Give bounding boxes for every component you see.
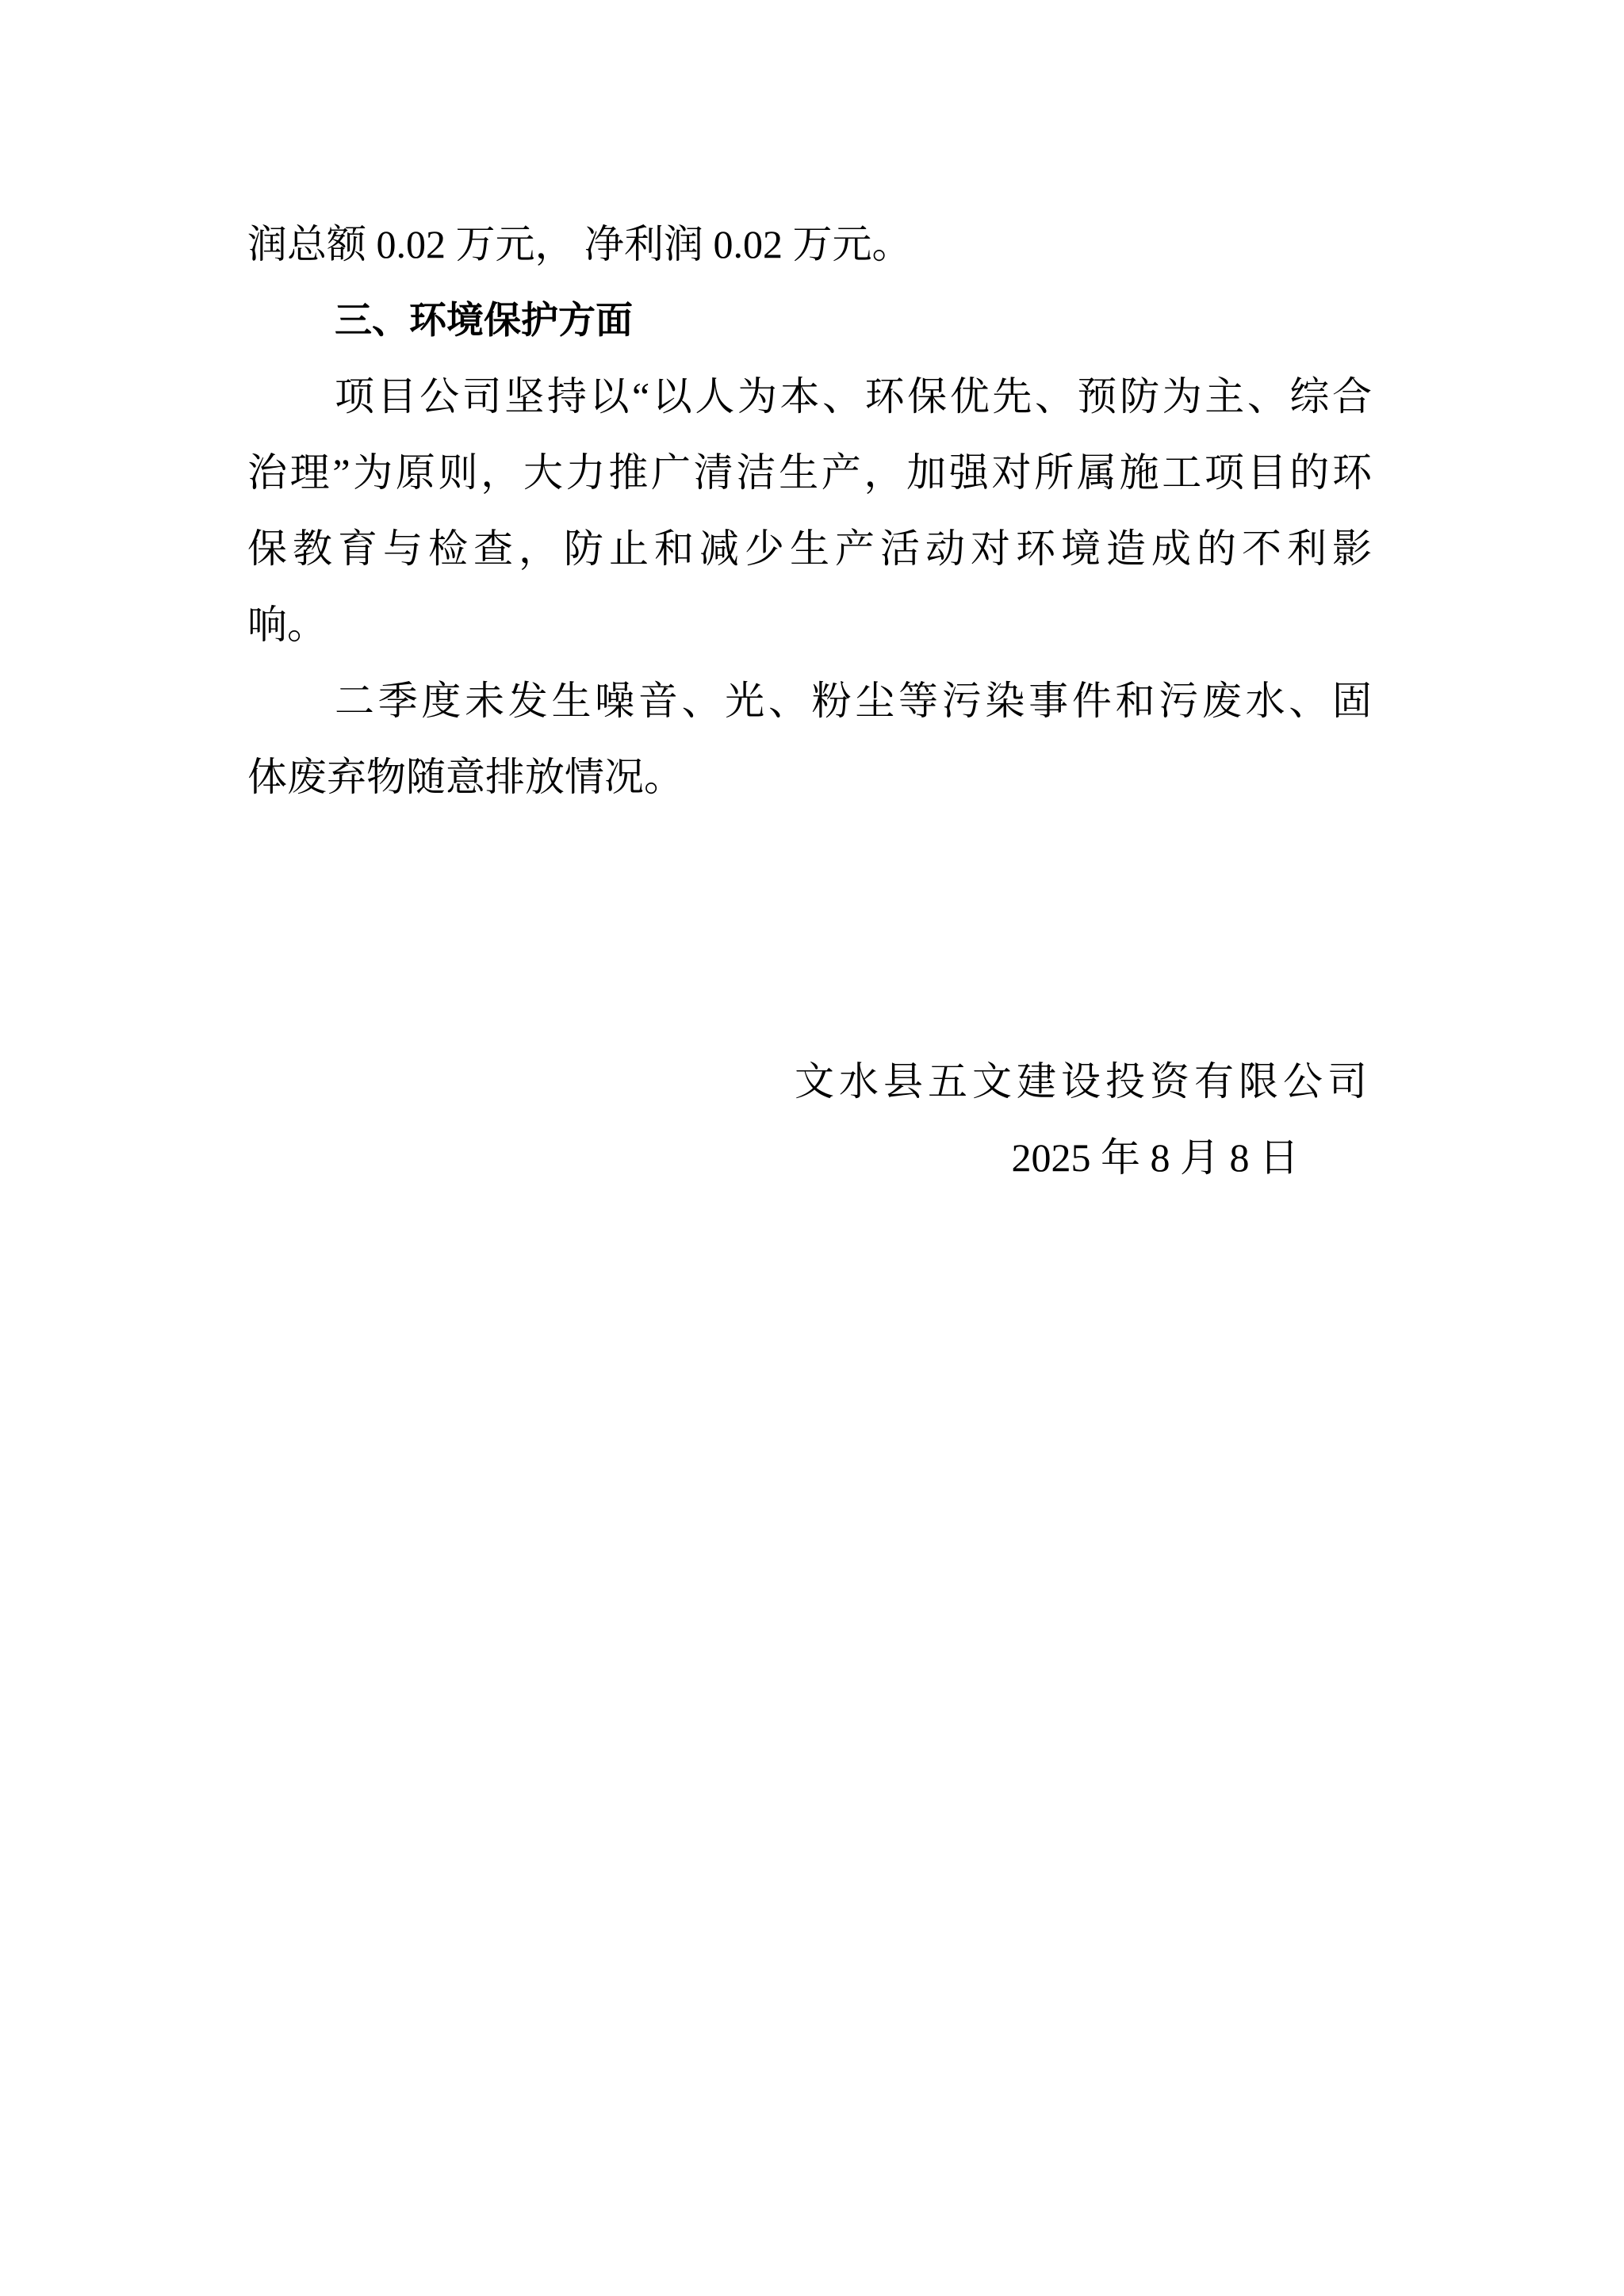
carryover-paragraph-line: 润总额 0.02 万元， 净利润 0.02 万元。 <box>247 206 1372 282</box>
signature-company-name: 文水县五文建设投资有限公司 <box>247 1043 1372 1119</box>
signature-date: 2025 年 8 月 8 日 <box>247 1119 1372 1196</box>
section-heading-environment-protection: 三、环境保护方面 <box>247 282 1372 358</box>
document-page: 润总额 0.02 万元， 净利润 0.02 万元。 三、环境保护方面 项目公司坚… <box>0 0 1624 2296</box>
paragraph-1-line-1: 项目公司坚持以“以人为本、环保优先、预防为主、综合 <box>247 358 1372 434</box>
document-text-block: 润总额 0.02 万元， 净利润 0.02 万元。 三、环境保护方面 项目公司坚… <box>247 206 1372 1196</box>
paragraph-1-line-4: 响。 <box>247 587 1372 663</box>
paragraph-2-line-2: 体废弃物随意排放情况。 <box>247 739 1372 815</box>
paragraph-2-line-1: 二季度未发生噪音、光、粉尘等污染事件和污废水、固 <box>247 663 1372 739</box>
paragraph-1-line-3: 保教育与检查，防止和减少生产活动对环境造成的不利影 <box>247 511 1372 587</box>
paragraph-1-line-2: 治理”为原则，大力推广清洁生产，加强对所属施工项目的环 <box>247 434 1372 511</box>
